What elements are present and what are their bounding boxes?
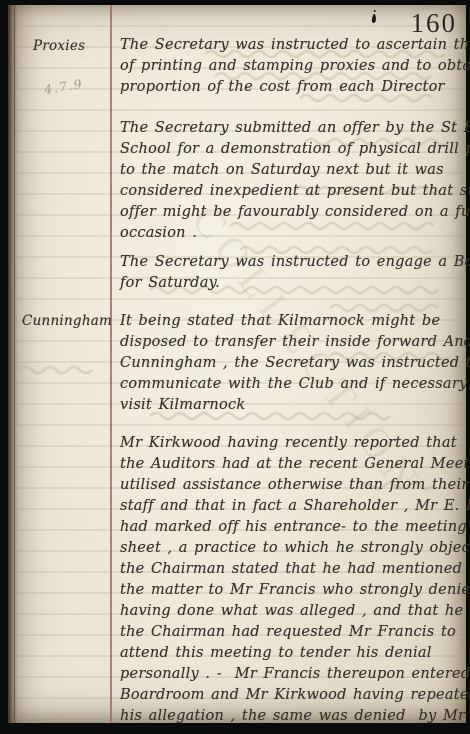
minute-entry-band: The Secretary was instructed to engage a… xyxy=(120,252,470,294)
binding-crease xyxy=(14,5,15,723)
margin-note-cunningham: Cunningham xyxy=(22,311,112,332)
minute-entry-kirkwood-francis: Mr Kirkwood having recently reported tha… xyxy=(120,433,470,727)
binding-edge xyxy=(8,5,18,723)
minute-entry-proxies: The Secretary was instructed to ascertai… xyxy=(120,35,470,98)
minute-entry-st-edwards-school: The Secretary submitted an offer by the … xyxy=(120,118,470,244)
ledger-page: COLLECTION 160 Proxies 4.7.9 Cunningham … xyxy=(8,5,466,723)
margin-note-proxies: Proxies xyxy=(33,36,85,57)
margin-rule-line xyxy=(110,5,112,723)
photo-backdrop: COLLECTION 160 Proxies 4.7.9 Cunningham … xyxy=(0,0,470,734)
minute-entry-cunningham: It being stated that Kilmarnock might be… xyxy=(120,311,470,416)
